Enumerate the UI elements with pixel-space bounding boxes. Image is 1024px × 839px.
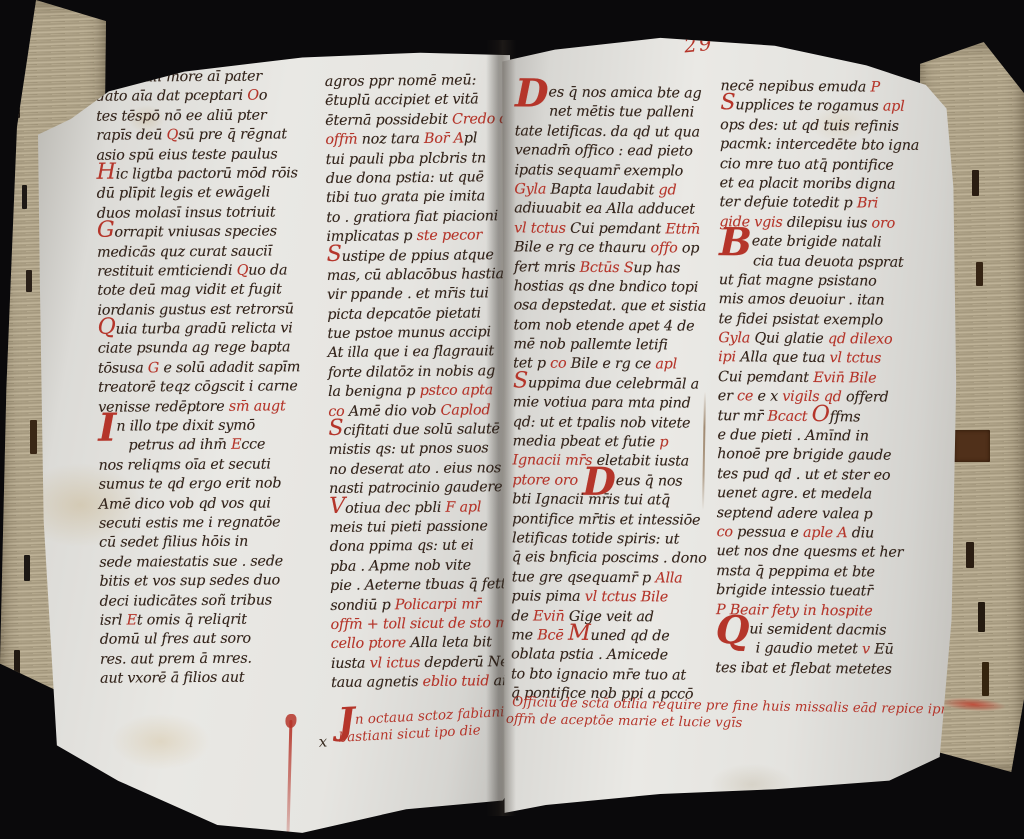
text-line: et ea placit moribs digna xyxy=(720,174,919,195)
left-column-1: Dū pauli more aī paterdato aīa dat pcept… xyxy=(96,67,303,689)
text-line: Quia turba gradū relicta vi xyxy=(98,319,300,340)
text-line: septend adere valea p xyxy=(717,504,916,525)
text-line: necē nepibus emuda P xyxy=(720,77,919,98)
text-line: Hic ligtba pactorū mōd rōis xyxy=(97,164,299,185)
text-line: Des q̄ nos amica bte ag xyxy=(515,83,710,104)
bottom-rubric: Officiū de sctā otilia require pre fine … xyxy=(512,694,974,736)
text-line: dū plīpit legis et ewāgeli xyxy=(97,184,299,205)
text-line: mis amos deuoiur . itan xyxy=(719,290,918,311)
text-line: Bile e rg ce thauru offo op xyxy=(514,238,709,259)
text-line: co Amē dio vob Caplod xyxy=(328,401,513,422)
leather-tab xyxy=(14,42,19,64)
text-line: offm̄ noz tara Bor̄ Apl xyxy=(325,129,510,150)
text-line: iordanis gustus est retrorsū xyxy=(97,300,299,321)
text-line: tōsusa G e solū adadit sapīm xyxy=(98,358,300,379)
text-line: bti Ignacii mr̄is tui atq̄ xyxy=(512,491,707,512)
text-line: mas, cū ablacōbus hastia xyxy=(327,265,512,286)
text-line: de Evin̄ Gige veit ad xyxy=(511,607,706,628)
leather-tab xyxy=(976,262,983,286)
text-line: sumus te qd ergo erit nob xyxy=(99,474,301,495)
text-line: res. aut prem ā mres. xyxy=(100,649,302,670)
left-page-footnote: x Jn octaua sctoz fabiani etbastiani sic… xyxy=(337,703,523,747)
text-line: asio spū eius teste paulus xyxy=(96,145,298,166)
text-line: secuti estis me i regnatōe xyxy=(99,513,301,534)
text-line: venisse redēptore sm̄ augt xyxy=(98,397,300,418)
text-line: q̄ eis bnficia poscims . dono xyxy=(512,549,707,570)
text-line: venadm̄ offico : ead pieto xyxy=(515,141,710,162)
left-page: Dū pauli more aī paterdato aīa dat pcept… xyxy=(38,48,510,836)
text-line: ops des: ut qd tuis refinis xyxy=(720,116,919,137)
text-line: bitis et vos sup sedes duo xyxy=(99,571,301,592)
leather-tab xyxy=(954,430,990,462)
text-line: treatorē teqz cōgscit i carne xyxy=(98,378,300,399)
text-line: Gyla Qui glatie qd dilexo xyxy=(718,329,917,350)
text-line: tibi tuo grata pie imita xyxy=(326,187,511,208)
text-line: vl tctus Cui pemdant Ettm̄ xyxy=(514,219,709,240)
text-line: restituit emticiendi Quo da xyxy=(97,261,299,282)
text-line: Scifitati due solū salutē xyxy=(328,420,513,441)
text-line: Dū pauli more aī pater xyxy=(96,67,298,88)
text-line: duos molasī insus totriuit xyxy=(97,203,299,224)
text-line: tate letificas. da qd ut qua xyxy=(515,122,710,143)
text-line: Beate brigide natali xyxy=(719,232,918,253)
folio-number: 29 xyxy=(683,31,715,58)
right-column-2: necē nepibus emuda PSupplices te rogamus… xyxy=(715,77,919,680)
text-line: vir ppande . et mr̄is tui xyxy=(327,284,512,305)
left-column-2: agros ppr nomē meū:ētuplū accipiet et vi… xyxy=(325,71,516,693)
red-ink-smudge xyxy=(940,696,1007,714)
text-line: deci iudicātes soñ tribus xyxy=(99,591,301,612)
text-line: uet nos dne quesms et her xyxy=(716,543,915,564)
text-line: brigide intessio tueatr̄ xyxy=(716,581,915,602)
right-column-1: Des q̄ nos amica bte agnet mētis tue pal… xyxy=(511,83,710,705)
leather-tab xyxy=(966,542,974,568)
text-line: uenet agre. et medela xyxy=(717,484,916,505)
text-line: sondiū p Policarpi mr̄ xyxy=(330,595,515,616)
text-line: pacmk: intercedēte bto igna xyxy=(720,135,919,156)
red-ink-drip xyxy=(287,720,293,832)
text-line: ptore oro Deus q̄ nos xyxy=(512,471,707,492)
text-line: Sustipe de ppius atque xyxy=(327,246,512,267)
text-line: media pbeat et futie p xyxy=(513,432,708,453)
text-line: Supplices te rogamus apl xyxy=(720,97,919,118)
text-line: to . gratiora fiat piacioni xyxy=(326,207,511,228)
text-line: cia tua deuota psprat xyxy=(719,252,918,273)
leather-tab xyxy=(15,100,20,118)
text-line: tue pstoe munus accipi xyxy=(327,323,512,344)
text-line: At illa que i ea flagrauit xyxy=(328,343,513,364)
margin-x-mark: x xyxy=(318,733,327,750)
text-line: tes tēspō nō ee aliū pter xyxy=(96,106,298,127)
text-line: la benigna p pstco apta xyxy=(328,381,513,402)
text-line: ut fiat magne psistano xyxy=(719,271,918,292)
manuscript-photo: Dū pauli more aī paterdato aīa dat pcept… xyxy=(0,0,1024,839)
text-line: Amē dico vob qd vos qui xyxy=(99,494,301,515)
text-line: te fidei psistat exemplo xyxy=(718,310,917,331)
text-line: fert mris Bctūs Sup has xyxy=(514,258,709,279)
leather-tab xyxy=(14,650,20,678)
text-line: i gaudio metet v Eū xyxy=(716,639,915,660)
text-line: petrus ad ihm̄ Ecce xyxy=(98,436,300,457)
leather-tab xyxy=(978,602,985,632)
text-line: isrl Et omis q̄ reliqrit xyxy=(100,610,302,631)
text-line: offm̄ + toll sicut de sto mr̄ xyxy=(330,614,515,635)
text-line: tue gre qsequamr̄ p Alla xyxy=(512,568,707,589)
leather-tab xyxy=(972,170,979,196)
text-line: picta depcatōe pietati xyxy=(327,304,512,325)
leather-tab xyxy=(982,662,989,696)
text-line: e due pieti . Amīnd in xyxy=(717,426,916,447)
text-line: mē nob pallemte letifi xyxy=(513,335,708,356)
text-line: sede maiestatis sue . sede xyxy=(99,552,301,573)
text-line: mistis qs: ut pnos suos xyxy=(329,439,514,460)
text-line: agros ppr nomē meū: xyxy=(325,71,510,92)
text-line: cū sedet filius hōis in xyxy=(99,533,301,554)
text-line: to bto ignacio mr̄e tuo at xyxy=(511,665,706,686)
text-line: co pessua e aple A diu xyxy=(717,523,916,544)
text-line: osa depstedat. que et sistia xyxy=(514,297,709,318)
text-line: meis tui pieti passione xyxy=(329,517,514,538)
text-line: iusta vl ictus depderū Ner xyxy=(331,653,516,674)
text-line: ētuplū accipiet et vitā xyxy=(325,90,510,111)
text-line: tet p co Bile e rg ce apl xyxy=(513,355,708,376)
text-line: due dona pstia: ut quē xyxy=(326,168,511,189)
text-line: rapīs deū Qsū pre q̄ rēgnat xyxy=(96,125,298,146)
text-line: nasti patrocinio gaudere xyxy=(329,478,514,499)
text-line: cello ptore Alla leta bit xyxy=(331,633,516,654)
text-line: ciate psunda ag rege bapta xyxy=(98,339,300,360)
text-line: Votiua dec pbli F apl xyxy=(329,498,514,519)
text-line: ipatis sequamr̄ exemplo xyxy=(514,161,709,182)
text-line: mie votiua para mta pind xyxy=(513,394,708,415)
text-line: ipi Alla que tua vl tctus xyxy=(718,349,917,370)
text-line: tote deū mag vidit et fugit xyxy=(97,281,299,302)
text-line: me Bcē Muned qd de xyxy=(511,626,706,647)
text-line: nos reliqms oīa et secuti xyxy=(99,455,301,476)
text-line: hostias qs dne bndico topi xyxy=(514,277,709,298)
text-line: letificas totide spiris: ut xyxy=(512,529,707,550)
text-line: ēternā possidebit Credo d xyxy=(325,110,510,131)
text-line: medicās quz curat sauciī xyxy=(97,242,299,263)
text-line: pba . Apme nob vite xyxy=(330,556,515,577)
leather-tab xyxy=(22,185,27,209)
leather-tab xyxy=(24,555,30,581)
leather-tab xyxy=(30,420,37,454)
text-line: no deserat ato . eius nos xyxy=(329,459,514,480)
text-line: tui pauli pba plcbris tn xyxy=(326,149,511,170)
right-page: 29 Des q̄ nos amica bte agnet mētis tue … xyxy=(500,30,958,816)
text-line: dona ppima qs: ut ei xyxy=(330,536,515,557)
text-line: msta q̄ peppima et bte xyxy=(716,562,915,583)
text-line: Gorrapit vniusas species xyxy=(97,222,299,243)
text-line: cio mre tuo atq̄ pontifice xyxy=(720,155,919,176)
text-line: oblata pstia . Amicede xyxy=(511,646,706,667)
text-line: implicatas p ste pecor xyxy=(326,226,511,247)
text-line: adiuuabit ea Alla adducet xyxy=(514,200,709,221)
text-line: qd: ut et tpalis nob vitete xyxy=(513,413,708,434)
text-line: honoē pre brigide gaude xyxy=(717,446,916,467)
text-line: tes ibat et flebat metetes xyxy=(715,659,914,680)
text-line: Cui pemdant Evin̄ Bile xyxy=(718,368,917,389)
text-line: tom nob etende apet 4 de xyxy=(513,316,708,337)
text-line: net mētis tue palleni xyxy=(515,103,710,124)
text-line: aut vxorē ā filios aut xyxy=(100,668,302,689)
text-line: tur mr̄ Bcact Offms xyxy=(718,407,917,428)
text-line: puis pima vl tctus Bile xyxy=(512,587,707,608)
text-line: dato aīa dat pceptari Oo xyxy=(96,87,298,108)
text-line: tes pud qd . ut et ster eo xyxy=(717,465,916,486)
text-line: pie . Aeterne tbuas q̄ fett xyxy=(330,575,515,596)
text-line: pontifice mr̄tis et intessiōe xyxy=(512,510,707,531)
text-line: taua agnetis eblio tuid ai xyxy=(331,672,516,693)
text-line: Gyla Bapta laudabit gd xyxy=(514,180,709,201)
text-line: forte dilatōz in nobis ag xyxy=(328,362,513,383)
leather-tab xyxy=(26,270,32,292)
text-line: ter defuie totedit p Bri xyxy=(719,193,918,214)
text-line: domū ul fres aut soro xyxy=(100,630,302,651)
text-line: Qui semident dacmis xyxy=(716,620,915,641)
text-line: Suppima due celebrmāl a xyxy=(513,374,708,395)
text-line: In illo tpe dixit symō xyxy=(98,416,300,437)
